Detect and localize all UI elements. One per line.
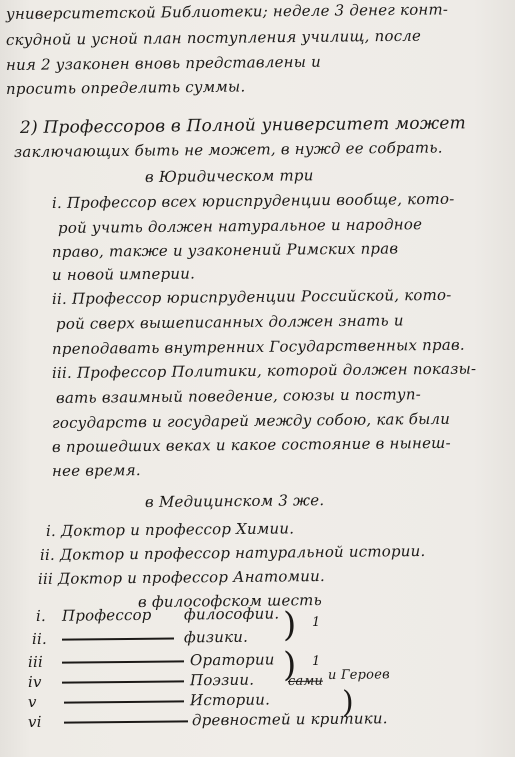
phil-item-3: iiiОратории <box>28 650 275 671</box>
juridical-heading: в Юридическом три <box>145 166 314 186</box>
juridical-item-1-line-2: рой учить должен натуральное и народное <box>58 215 422 237</box>
intro-line-1: университетской Библиотеки; неделе 3 ден… <box>6 0 448 23</box>
struck-margin-note: сами <box>288 674 323 689</box>
juridical-item-3-line-4: в прошедших веках и какое состояние в ны… <box>52 434 451 456</box>
phil-item-5: vИстории. <box>28 690 270 711</box>
phil-item-4: ivПоэзии. <box>28 671 254 691</box>
manuscript-page: университетской Библиотеки; неделе 3 ден… <box>0 0 515 757</box>
medical-item-1: i. Доктор и профессор Химии. <box>46 519 294 540</box>
juridical-item-2-line-1: ii. Профессор юриспруденции Российской, … <box>52 286 452 308</box>
section-2-line-2: заключающих быть не может, в нужд ее соб… <box>14 139 443 161</box>
brace-mark-1: ) <box>283 608 296 642</box>
juridical-item-1-line-1: i. Профессор всех юриспруденции вообще, … <box>52 190 455 212</box>
brace-mark-3: ) <box>342 688 354 718</box>
juridical-item-3-line-1: iii. Профессор Политики, которой должен … <box>52 360 476 382</box>
phil-item-1: i.Профессорфилософии. <box>36 604 279 625</box>
juridical-item-1-line-4: и новой империи. <box>52 265 195 284</box>
section-number: 2) <box>20 118 38 138</box>
section-2-line-1: 2) Профессоров в Полной университет може… <box>20 113 466 138</box>
juridical-item-3-line-5: нее время. <box>52 461 141 480</box>
juridical-item-1-line-3: право, также и узаконений Римских прав <box>52 239 398 261</box>
juridical-item-3-line-2: вать взаимный поведение, союзы и поступ- <box>56 385 421 407</box>
medical-heading: в Медицинском 3 же. <box>145 491 324 511</box>
juridical-item-2-line-3: преподавать внутренних Государственных п… <box>52 336 465 358</box>
intro-line-3: ния 2 узаконен вновь представлены и <box>6 53 321 74</box>
juridical-item-2-line-2: рой сверх вышеписанных должен знать и <box>56 311 404 333</box>
margin-note: и Героев <box>328 667 390 683</box>
brace-count-2: 1 <box>312 654 321 669</box>
medical-item-2: ii. Доктор и профессор натуральной истор… <box>40 542 426 564</box>
phil-item-6: viдревностей и критики. <box>28 709 388 731</box>
intro-line-2: скудной и усной план поступления училищ,… <box>6 27 421 49</box>
phil-item-2: ii.физики. <box>32 628 248 648</box>
intro-line-4: просить определить суммы. <box>6 77 246 98</box>
juridical-item-3-line-3: государств и государей между собою, как … <box>52 410 450 432</box>
medical-item-3: iii Доктор и профессор Анатомии. <box>38 567 325 588</box>
brace-count-1: 1 <box>312 615 321 630</box>
